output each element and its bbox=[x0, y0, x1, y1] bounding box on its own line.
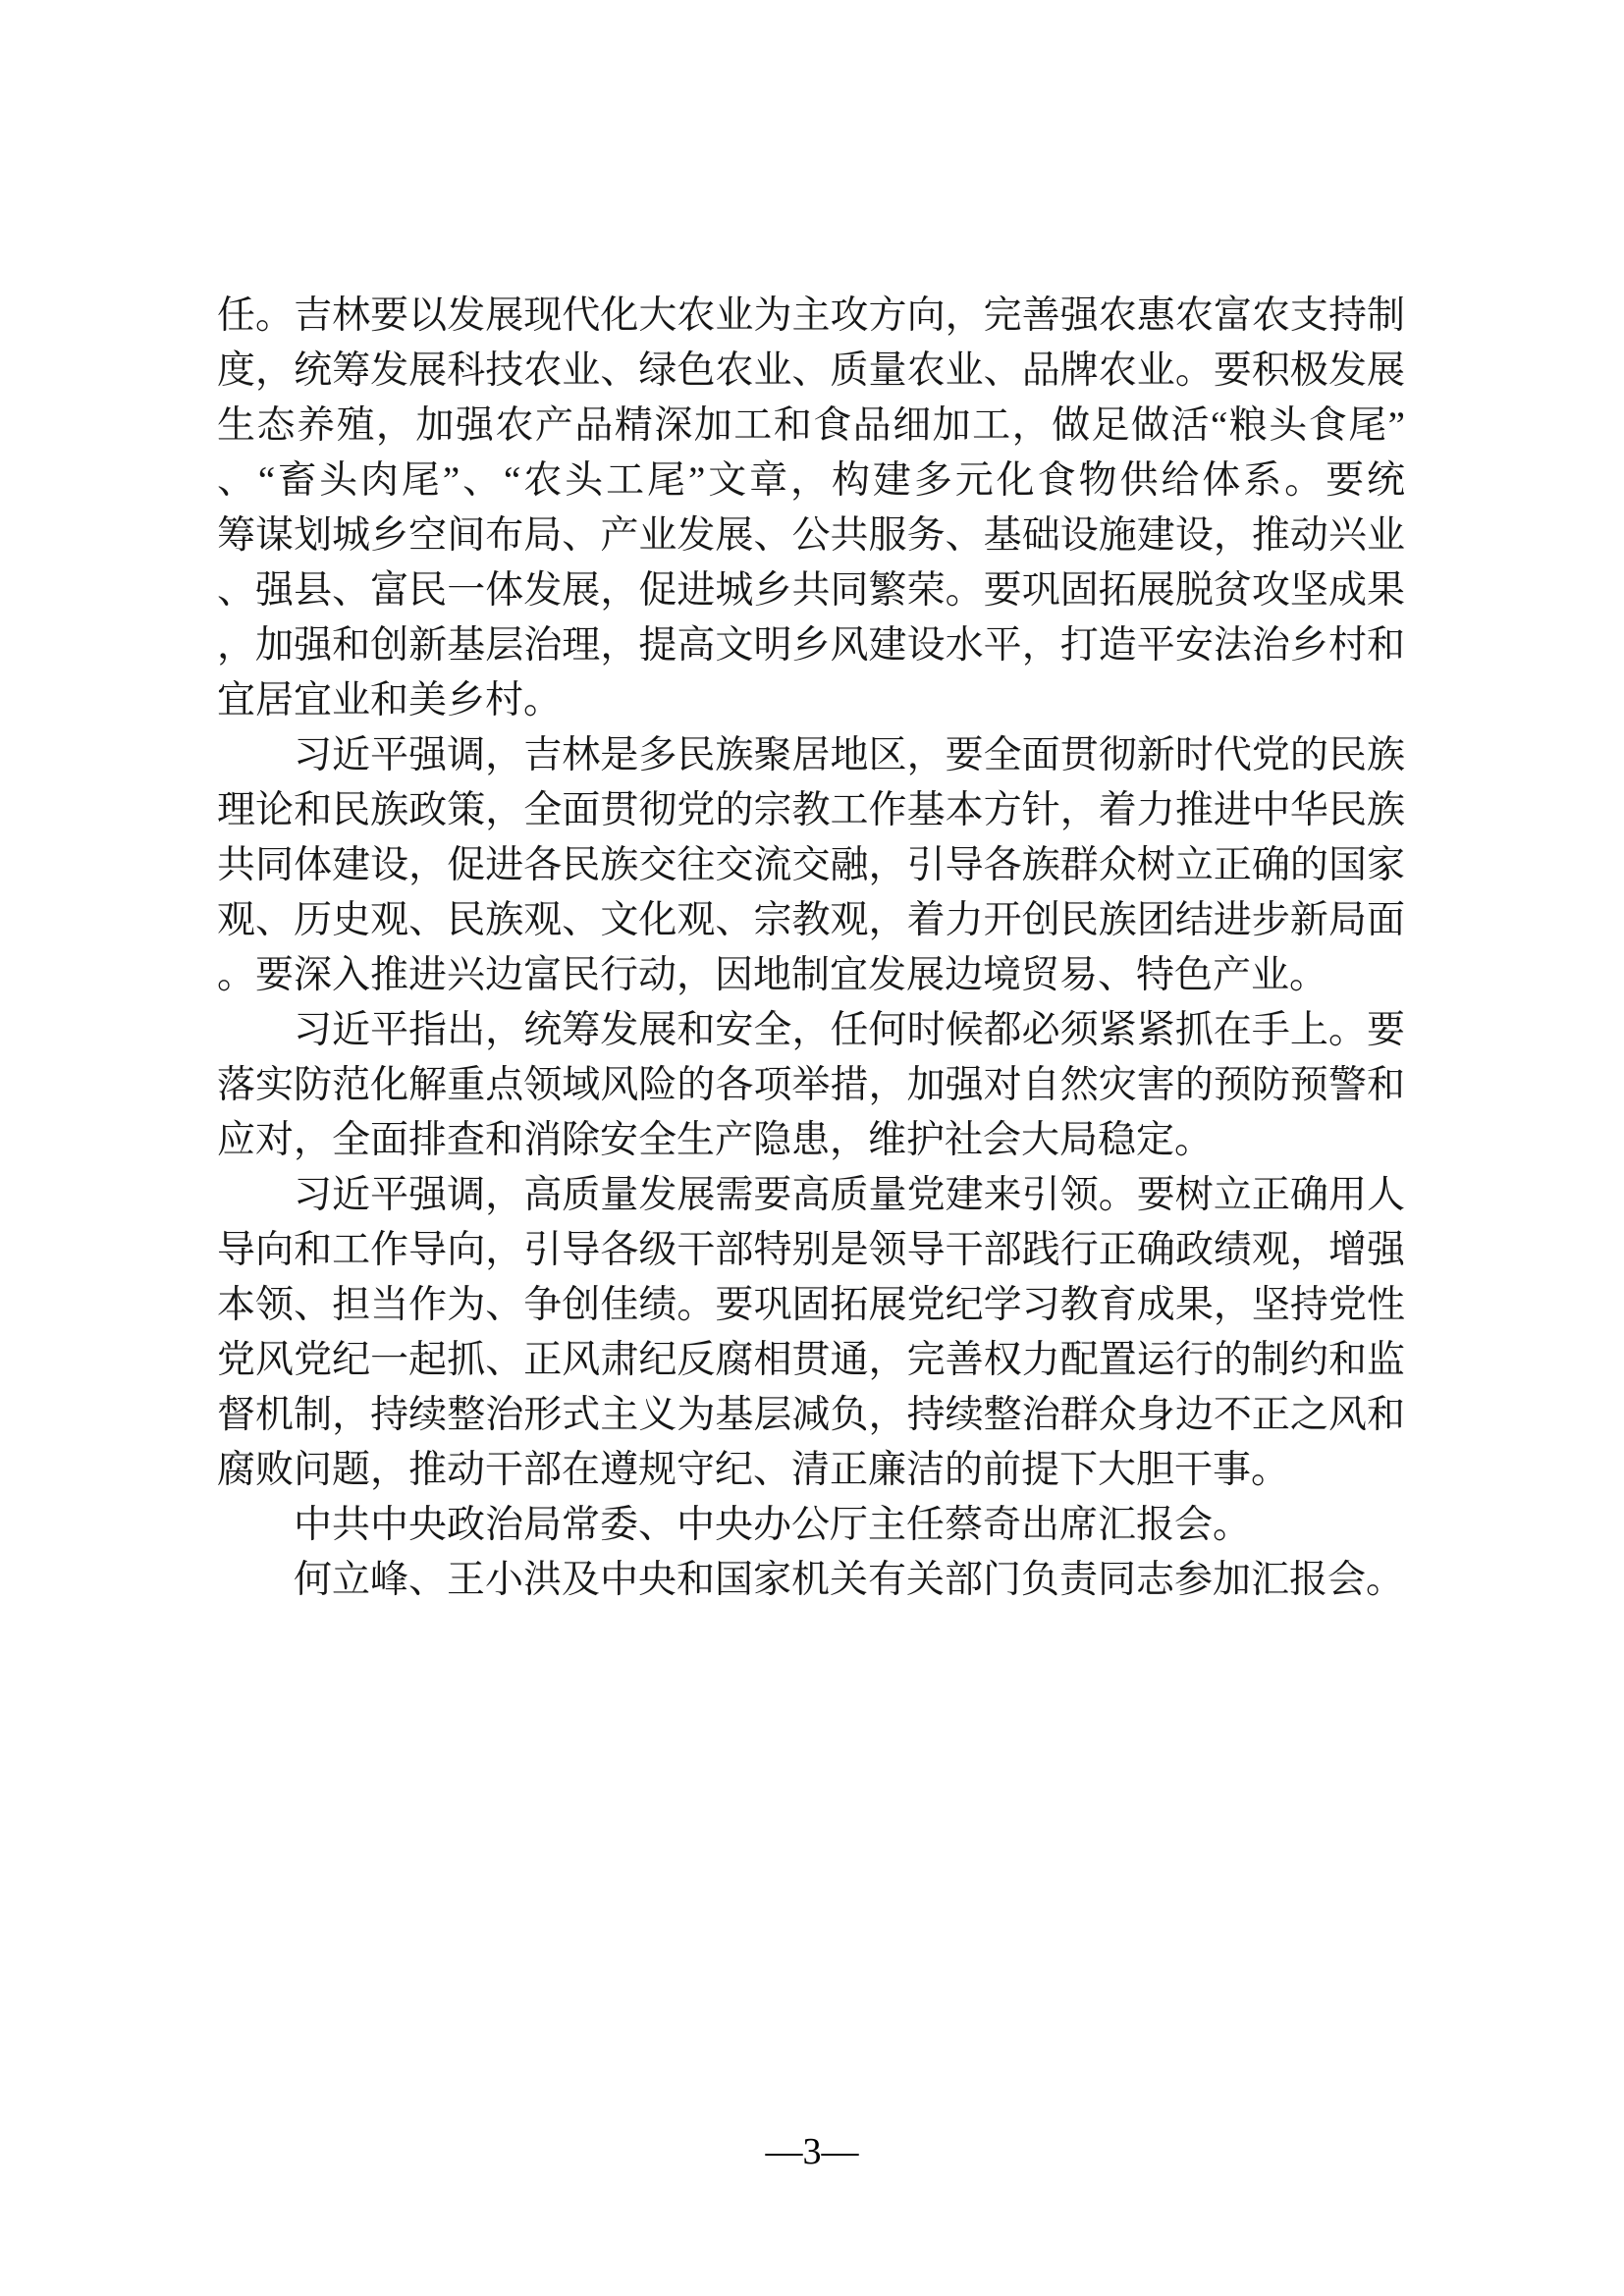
body-text-line: 任。吉林要以发展现代化大农业为主攻方向，完善强农惠农富农支持制 bbox=[217, 289, 1405, 344]
body-text-line: 度，统筹发展科技农业、绿色农业、质量农业、品牌农业。要积极发展 bbox=[217, 344, 1405, 399]
body-text-line: 习近平强调，吉林是多民族聚居地区，要全面贯彻新时代党的民族 bbox=[217, 728, 1405, 783]
document-page: 任。吉林要以发展现代化大农业为主攻方向，完善强农惠农富农支持制 度，统筹发展科技… bbox=[0, 0, 1624, 2296]
body-text-line: 应对，全面排查和消除安全生产隐患，维护社会大局稳定。 bbox=[217, 1113, 1405, 1168]
page-number: —3— bbox=[0, 2130, 1624, 2173]
body-text-line: 督机制，持续整治形式主义为基层减负，持续整治群众身边不正之风和 bbox=[217, 1388, 1405, 1443]
body-text-line: ，加强和创新基层治理，提高文明乡风建设水平，打造平安法治乡村和 bbox=[217, 618, 1405, 673]
body-text-line: 、强县、富民一体发展，促进城乡共同繁荣。要巩固拓展脱贫攻坚成果 bbox=[217, 563, 1405, 618]
paragraph: 习近平指出，统筹发展和安全，任何时候都必须紧紧抓在手上。要 落实防范化解重点领域… bbox=[217, 1003, 1405, 1168]
body-text-line: 宜居宜业和美乡村。 bbox=[217, 673, 1405, 728]
body-text-line: 落实防范化解重点领域风险的各项举措，加强对自然灾害的预防预警和 bbox=[217, 1058, 1405, 1113]
body-text-line: 习近平强调，高质量发展需要高质量党建来引领。要树立正确用人 bbox=[217, 1168, 1405, 1223]
paragraph: 习近平强调，吉林是多民族聚居地区，要全面贯彻新时代党的民族 理论和民族政策，全面… bbox=[217, 728, 1405, 1003]
paragraph: 任。吉林要以发展现代化大农业为主攻方向，完善强农惠农富农支持制 度，统筹发展科技… bbox=[217, 289, 1405, 728]
body-text-line: 党风党纪一起抓、正风肃纪反腐相贯通，完善权力配置运行的制约和监 bbox=[217, 1333, 1405, 1388]
body-text-line: 何立峰、王小洪及中央和国家机关有关部门负责同志参加汇报会。 bbox=[217, 1553, 1405, 1608]
body-text-line: 腐败问题，推动干部在遵规守纪、清正廉洁的前提下大胆干事。 bbox=[217, 1443, 1405, 1498]
body-text-line: 观、历史观、民族观、文化观、宗教观，着力开创民族团结进步新局面 bbox=[217, 893, 1405, 948]
paragraph: 习近平强调，高质量发展需要高质量党建来引领。要树立正确用人 导向和工作导向，引导… bbox=[217, 1168, 1405, 1498]
paragraph: 中共中央政治局常委、中央办公厅主任蔡奇出席汇报会。 bbox=[217, 1498, 1405, 1553]
body-text-line: 共同体建设，促进各民族交往交流交融，引导各族群众树立正确的国家 bbox=[217, 838, 1405, 893]
body-text-line: 、“畜头肉尾”、“农头工尾”文章，构建多元化食物供给体系。要统 bbox=[217, 454, 1405, 508]
body-text-line: 。要深入推进兴边富民行动，因地制宜发展边境贸易、特色产业。 bbox=[217, 948, 1405, 1003]
paragraph: 何立峰、王小洪及中央和国家机关有关部门负责同志参加汇报会。 bbox=[217, 1553, 1405, 1608]
body-text-line: 习近平指出，统筹发展和安全，任何时候都必须紧紧抓在手上。要 bbox=[217, 1003, 1405, 1058]
body-text: 任。吉林要以发展现代化大农业为主攻方向，完善强农惠农富农支持制 度，统筹发展科技… bbox=[217, 289, 1405, 1608]
body-text-line: 中共中央政治局常委、中央办公厅主任蔡奇出席汇报会。 bbox=[217, 1498, 1405, 1553]
body-text-line: 生态养殖，加强农产品精深加工和食品细加工，做足做活“粮头食尾” bbox=[217, 399, 1405, 454]
body-text-line: 导向和工作导向，引导各级干部特别是领导干部践行正确政绩观，增强 bbox=[217, 1223, 1405, 1278]
body-text-line: 筹谋划城乡空间布局、产业发展、公共服务、基础设施建设，推动兴业 bbox=[217, 508, 1405, 563]
body-text-line: 本领、担当作为、争创佳绩。要巩固拓展党纪学习教育成果，坚持党性 bbox=[217, 1278, 1405, 1333]
body-text-line: 理论和民族政策，全面贯彻党的宗教工作基本方针，着力推进中华民族 bbox=[217, 783, 1405, 838]
